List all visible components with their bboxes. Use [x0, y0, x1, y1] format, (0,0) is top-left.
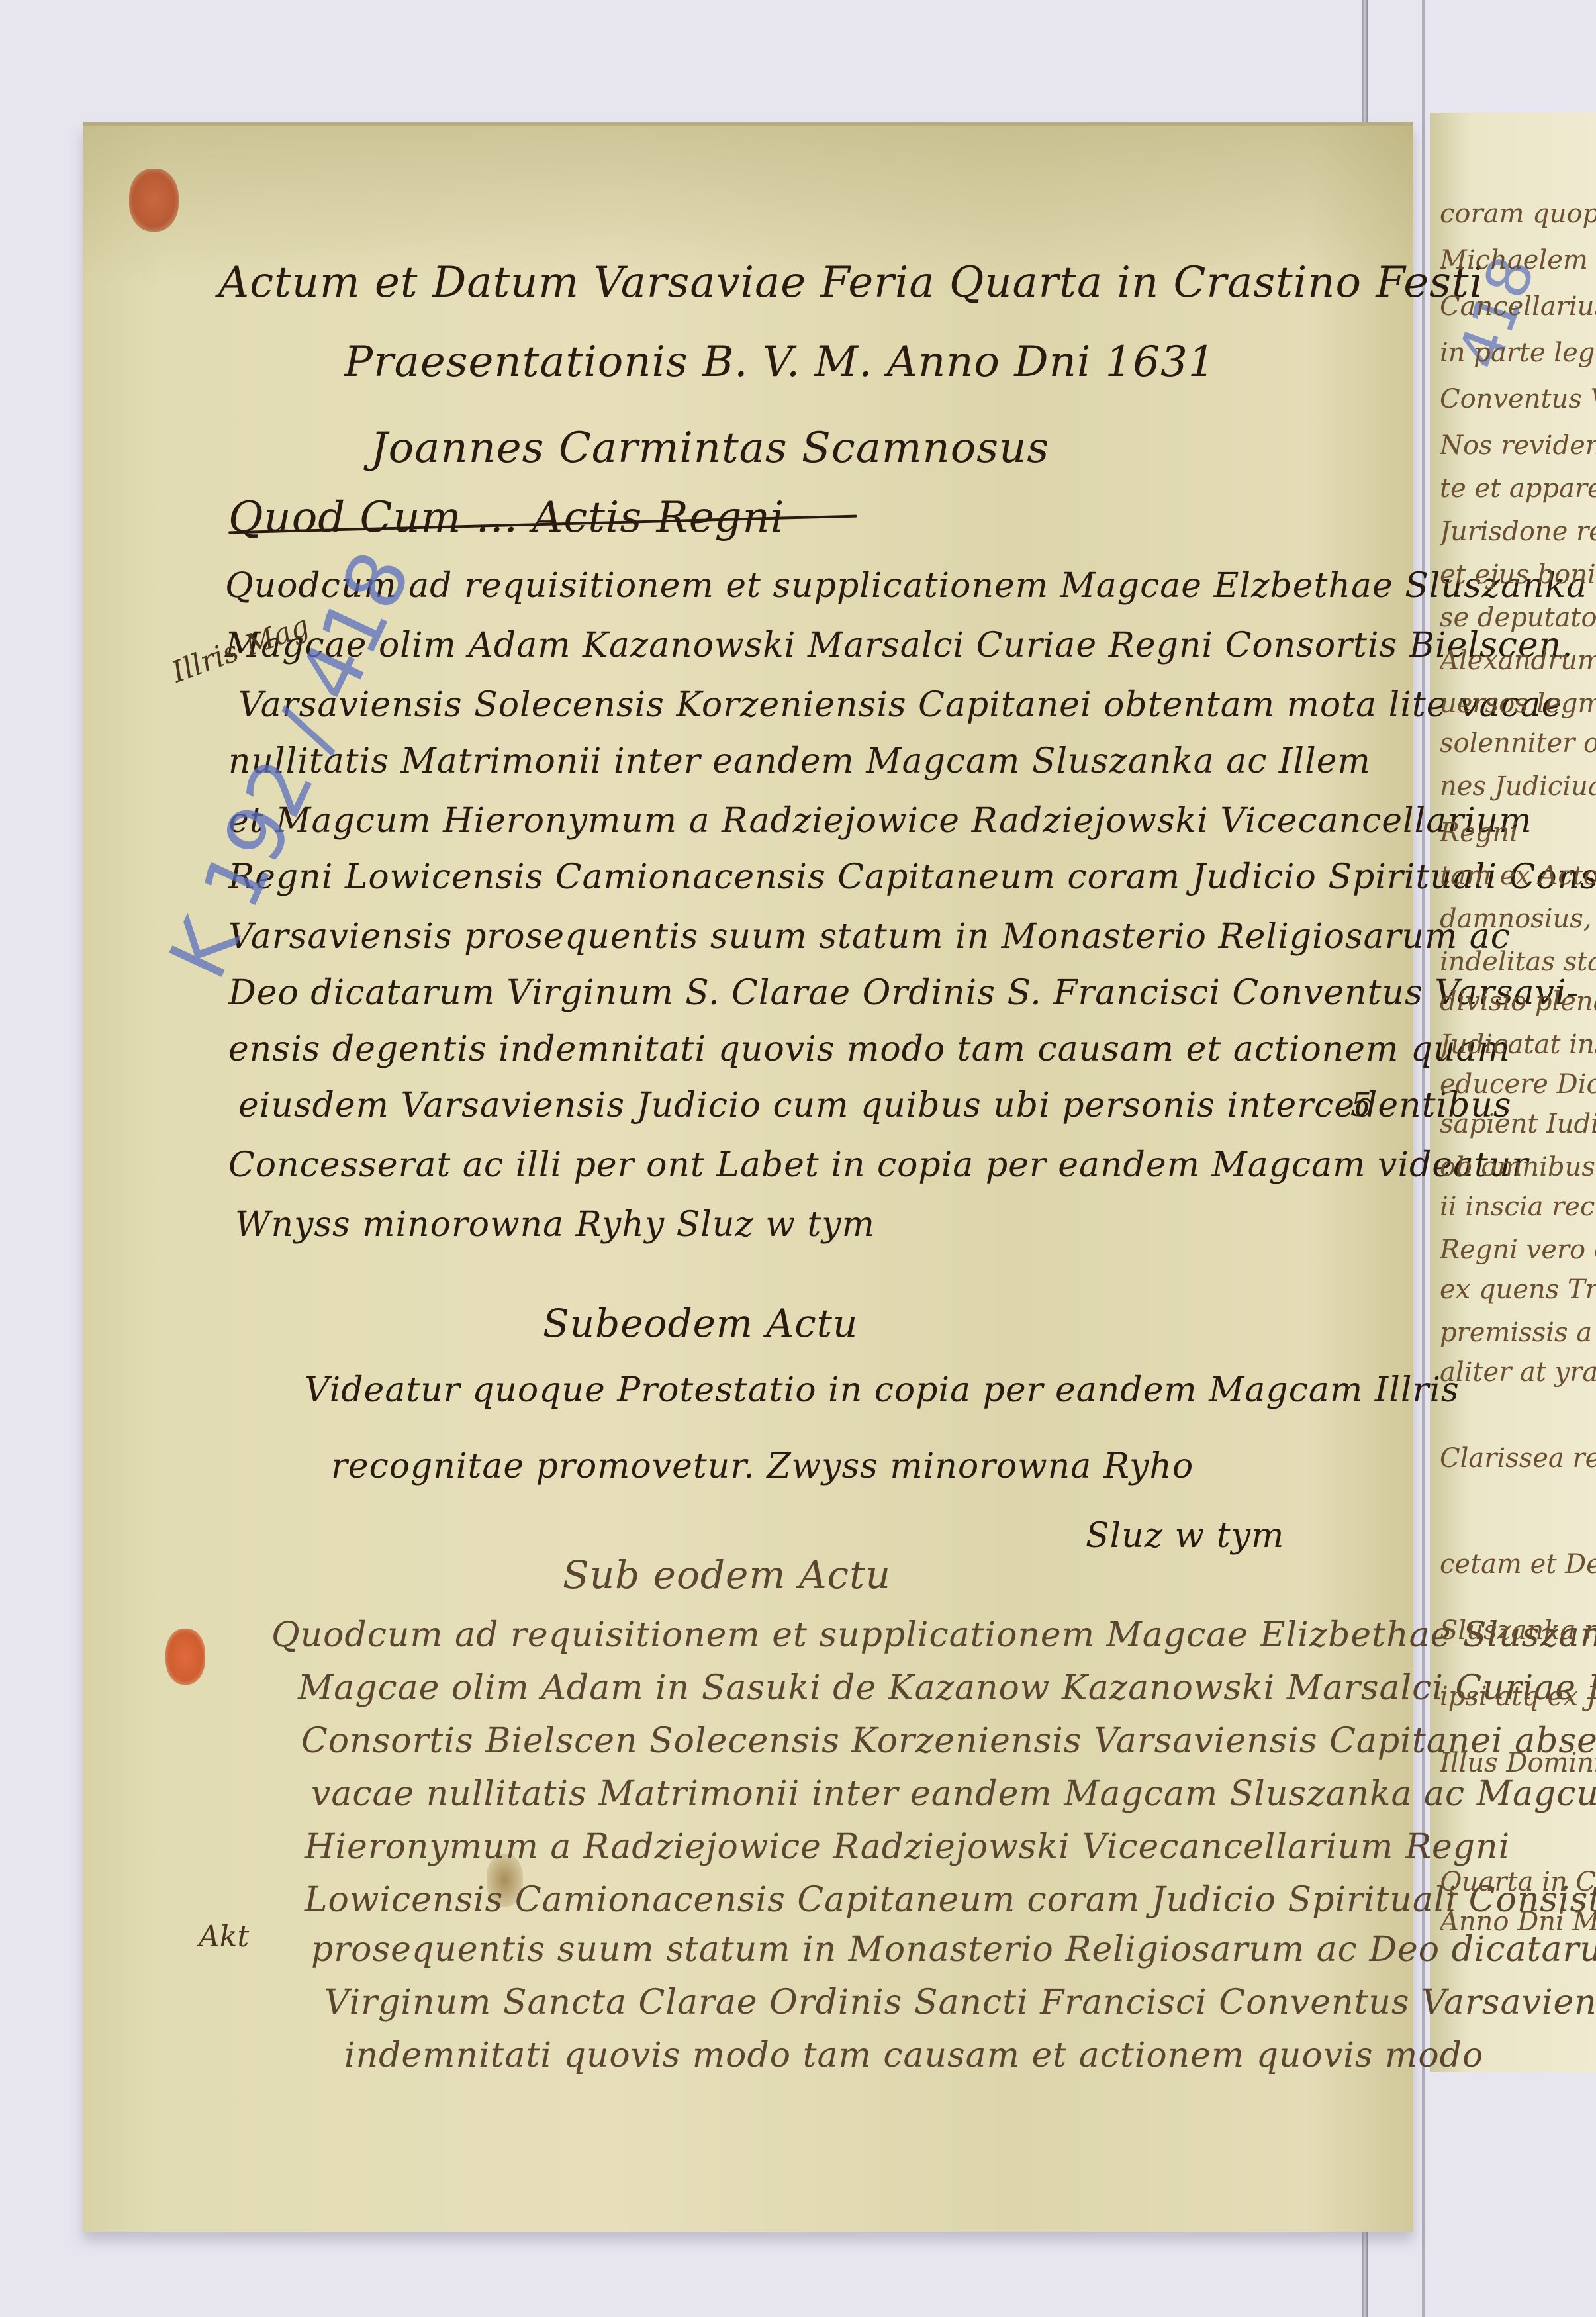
paragraph-3-line-6: Lowicensis Camionacensis Capitaneum cora…	[305, 1880, 1596, 1920]
facing-line: Illus Domini Rez	[1440, 1748, 1596, 1778]
facing-line: aliter at yramet	[1440, 1357, 1596, 1388]
section-3-title: Sub eodem Actu	[563, 1552, 891, 1597]
facing-line: indelitas stans et	[1440, 947, 1596, 977]
facing-line: Alexandrum Rad	[1440, 645, 1596, 676]
facing-line: Quarta in Crast	[1440, 1867, 1596, 1897]
header-line-2: Praesentationis B. V. M. Anno Dni 1631	[344, 338, 1216, 387]
paragraph-3-line-2: Magcae olim Adam in Sasuki de Kazanow Ka…	[298, 1668, 1596, 1708]
paragraph-1-line-10: eiusdem Varsaviensis Judicio cum quibus …	[238, 1086, 1512, 1125]
facing-line: Judicatat instrumen	[1440, 1029, 1596, 1060]
facing-line: ob omnibus omnibus	[1440, 1152, 1596, 1182]
paragraph-3-line-8: Virginum Sancta Clarae Ordinis Sancti Fr…	[324, 1983, 1596, 2022]
red-wax-stain-top	[129, 169, 179, 232]
facing-line: Anno Dni MDCL	[1440, 1907, 1596, 1937]
name-line: Joannes Carmintas Scamnosus	[371, 424, 1049, 473]
facing-line: premissis a etiam ge	[1440, 1317, 1596, 1348]
section-2-title: Subeodem Actu	[543, 1301, 858, 1346]
facing-line: se deputato die	[1440, 602, 1596, 633]
paragraph-3-line-9: indemnitati quovis modo tam causam et ac…	[344, 2036, 1483, 2075]
facing-line: et ejus bonis om	[1440, 559, 1596, 590]
paragraph-1-line-8: Deo dicatarum Virginum S. Clarae Ordinis…	[228, 973, 1579, 1013]
facing-line: Michaelem Kupie	[1440, 245, 1596, 275]
paragraph-2-line-2: recognitae promovetur. Zwyss minorowna R…	[331, 1446, 1194, 1486]
facing-line: ii inscia recognite	[1440, 1192, 1596, 1222]
paragraph-3-line-3: Consortis Bielscen Solecensis Korzeniens…	[301, 1721, 1596, 1761]
paragraph-2-line-1: Videatur quoque Protestatio in copia per…	[305, 1370, 1460, 1410]
paragraph-2-line-3: Sluz w tym	[1086, 1516, 1284, 1556]
paragraph-3-line-5: Hieronymum a Radziejowice Radziejowski V…	[305, 1827, 1510, 1867]
paragraph-3-line-1: Quodcum ad requisitionem et supplication…	[271, 1615, 1596, 1655]
paragraph-1-line-9: ensis degentis indemnitati quovis modo t…	[228, 1029, 1511, 1069]
paragraph-1-line-2: Magcae olim Adam Kazanowski Marsalci Cur…	[225, 626, 1573, 665]
facing-line: cetam et Deputa	[1440, 1549, 1596, 1580]
facing-line: damnosius, pretent	[1440, 904, 1596, 934]
facing-line: nes Judiciuas in	[1440, 771, 1596, 802]
paragraph-3-line-7: prosequentis suum statum in Monasterio R…	[311, 1930, 1596, 1969]
margin-note-left-bottom: Akt	[199, 1920, 249, 1954]
paragraph-1-line-6: Regni Lowicensis Camionacensis Capitaneu…	[228, 857, 1596, 897]
facing-line: sapient Iudicatu	[1440, 1109, 1596, 1139]
facing-line: Conventus Varsa	[1440, 384, 1596, 414]
facing-line: uersos legmos et ii	[1440, 688, 1596, 719]
facing-line: Cancellarius Rost	[1440, 291, 1596, 322]
paragraph-1-line-11: Concesserat ac illi per ont Labet in cop…	[228, 1145, 1528, 1185]
paragraph-1-line-12: Wnyss minorowna Ryhy Sluz w tym	[235, 1205, 875, 1245]
header-line-1: Actum et Datum Varsaviae Feria Quarta in…	[218, 258, 1483, 307]
facing-line: Regni	[1440, 818, 1596, 848]
paragraph-1-line-3: Varsaviensis Solecensis Korzeniensis Cap…	[238, 685, 1562, 725]
facing-line: Nos revidens pala	[1440, 430, 1596, 461]
facing-line: educere Dicta quam	[1440, 1069, 1596, 1100]
facing-line: tam ex Actorata,	[1440, 861, 1596, 891]
paragraph-1-line-4: nullitatis Matrimonii inter eandem Magca…	[228, 741, 1371, 781]
paragraph-1-line-1: Quodcum ad requisitionem et supplication…	[225, 566, 1596, 606]
facing-line: in parte legibus	[1440, 338, 1596, 368]
paragraph-1-line-7: Varsaviensis prosequentis suum statum in…	[228, 917, 1511, 957]
facing-line: coram quopiis Judici	[1440, 199, 1596, 229]
paragraph-3-line-4: vacae nullitatis Matrimonii inter eandem…	[311, 1774, 1596, 1814]
folio-mark: 5	[1350, 1086, 1372, 1124]
entry-title: Quod Cum ... Actis Regni	[228, 493, 784, 542]
facing-line: Jurisdone receden	[1440, 516, 1596, 547]
facing-line: ex quens Trombe	[1440, 1274, 1596, 1305]
facing-line: Clarissea recogn	[1440, 1443, 1596, 1474]
facing-line: ipsi atq ex Judi	[1440, 1681, 1596, 1712]
red-wax-stain-bottom	[165, 1629, 205, 1685]
paragraph-1-line-5: et Magcum Hieronymum a Radziejowice Radz…	[228, 801, 1532, 841]
facing-line: solenniter ordinat	[1440, 728, 1596, 759]
facing-line: Sluszanka recogno	[1440, 1615, 1596, 1646]
facing-line: te et apparet sana	[1440, 473, 1596, 504]
facing-line: Regni vero et L	[1440, 1235, 1596, 1265]
facing-line: divisio plenariae e	[1440, 986, 1596, 1017]
